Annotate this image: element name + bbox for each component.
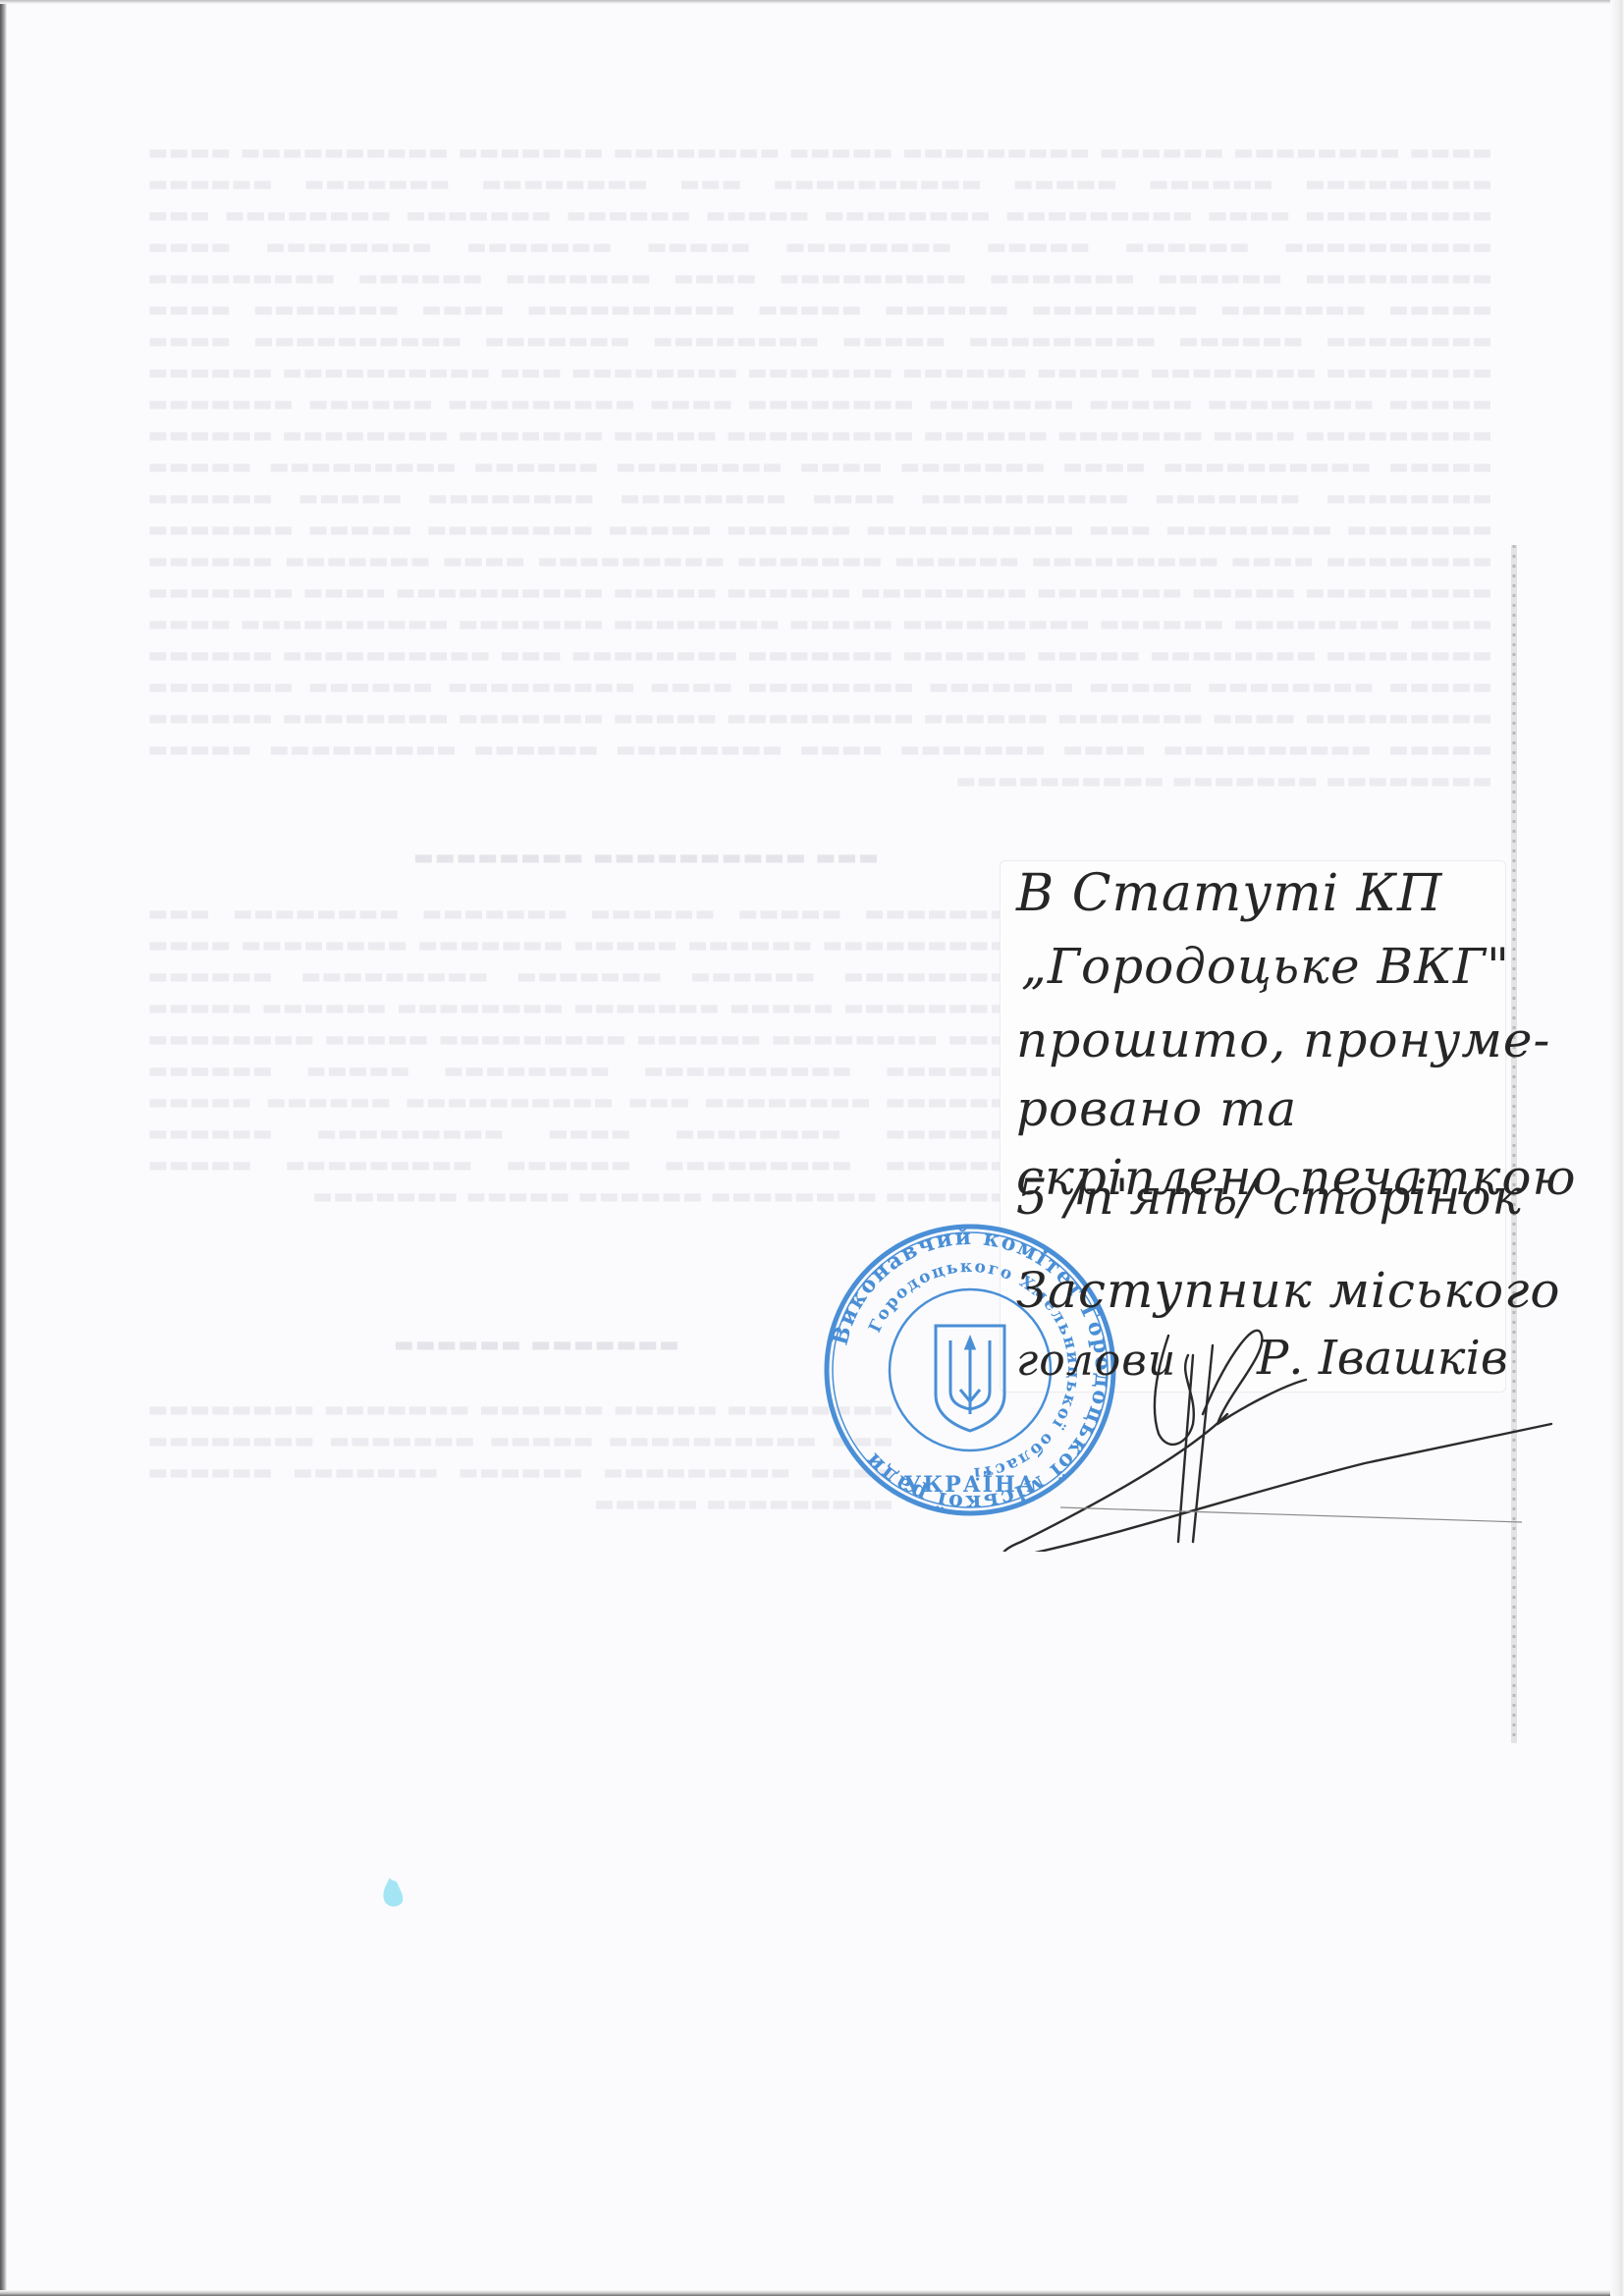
note-line-1: В Статуті КП [1016,864,1442,923]
note-line-2: „Городоцьке ВКГ" [1021,938,1510,995]
bleed-through-text-bottom: ▬▬▬▬▬▬▬▬ ▬▬▬▬▬ ▬▬▬▬▬▬ ▬▬▬▬▬▬▬ ▬▬▬▬▬▬▬▬ ▬… [147,1394,893,1520]
page-edge-left [0,0,7,2296]
binding-thread [1510,545,1518,1743]
note-line-4: ровано та [1016,1080,1297,1137]
page-edge-bottom [0,2290,1624,2296]
handwritten-signature [992,1296,1561,1552]
page-edge-top [0,0,1624,4]
bleed-through-text-top: ▬▬▬▬ ▬▬▬▬▬▬▬▬ ▬▬▬▬▬▬ ▬▬▬▬▬▬▬▬▬ ▬▬▬▬▬ ▬▬▬… [147,137,1492,797]
bleed-through-text-middle: ▬▬▬▬▬▬▬▬ ▬▬▬▬▬ ▬▬▬▬▬▬ ▬▬▬▬▬▬▬ ▬▬▬▬▬▬▬▬ ▬… [147,899,1031,1213]
ink-smudge [378,1876,407,1911]
note-line-3: прошито, пронуме- [1016,1011,1550,1068]
note-line-6: 5 /п'ять/ сторінок [1016,1169,1522,1226]
bleed-through-heading: ▬▬▬ ▬▬▬▬▬▬▬▬▬▬ ▬▬▬▬▬▬▬▬ [412,845,879,870]
bleed-through-heading-2: ▬▬▬▬▬▬▬ ▬▬▬▬▬▬ [393,1332,679,1357]
page-edge-right [1610,0,1624,2296]
